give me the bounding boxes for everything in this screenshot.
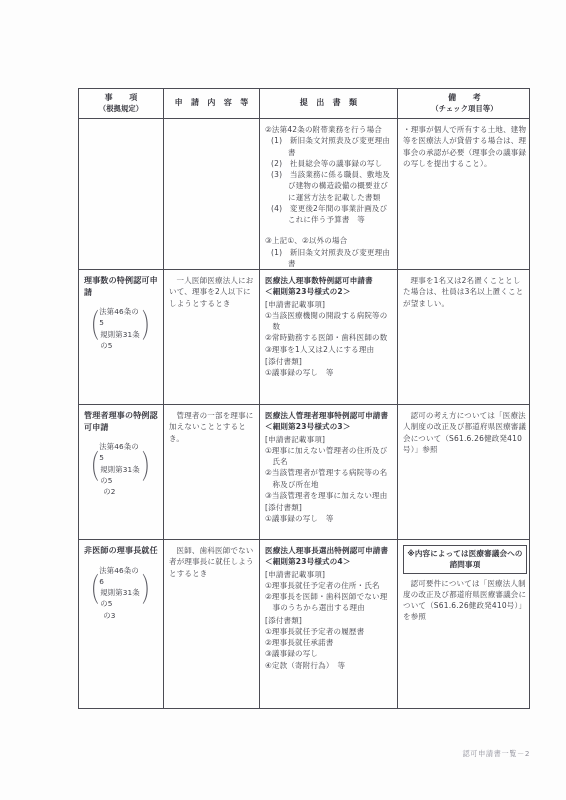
content-text: 一人医師医療法人において、理事を2人以下にしようとするとき bbox=[169, 275, 255, 309]
table-header-row: 事 項 （根拠規定） 申 請 内 容 等 提 出 書 類 備 考 （チェック項目… bbox=[79, 89, 529, 118]
bracket-close: ） bbox=[142, 313, 159, 345]
doc-line: (1) 新旧条文対照表及び変更理由書 bbox=[271, 135, 393, 158]
doc-line: ②当該管理者が管理する病院等の名称及び所在地 bbox=[265, 467, 393, 490]
bracket-close: ） bbox=[142, 577, 159, 609]
doc-line: ②法第42条の附帯業務を行う場合 bbox=[265, 124, 393, 135]
cell-documents: 医療法人理事数特例認可申請書 ＜細則第23号様式の2＞ [申請書記載事項] ①当… bbox=[259, 270, 397, 404]
header-documents: 提 出 書 類 bbox=[259, 89, 397, 118]
content-text: 医師、歯科医師でない者が理事長に就任しようとするとき bbox=[169, 545, 255, 579]
cell-item-empty bbox=[79, 119, 163, 269]
doc-line: ①理事長就任予定者の履歴書 bbox=[265, 626, 393, 637]
doc-line: ①議事録の写し 等 bbox=[265, 367, 393, 378]
cell-content: 管理者の一部を理事に加えないこととするとき。 bbox=[163, 405, 259, 539]
doc-line: (3) 当該業務に係る職員、敷地及び建物の構造設備の概要並びに運営方法を記載した… bbox=[271, 169, 393, 203]
legal-basis: （ 法第46条の5 規則第31条の5 ） bbox=[82, 306, 159, 351]
doc-line: ＜細則第23号様式の3＞ bbox=[265, 421, 393, 432]
cell-remarks: ・理事が個人で所有する土地、建物等を医療法人が貸借する場合は、理事会の承認が必要… bbox=[397, 119, 531, 269]
doc-line: ③理事を1人又は2人にする理由 bbox=[265, 344, 393, 355]
cell-item: 非医師の理事長就任 （ 法第46条の6 規則第31条の5 の3 ） bbox=[79, 540, 163, 708]
bracket-open: （ bbox=[82, 577, 99, 609]
doc-line: ③議事録の写し bbox=[265, 648, 393, 659]
doc-line: [申請書記載事項] bbox=[265, 434, 393, 445]
legal-basis: （ 法第46条の5 規則第31条の5 の2 ） bbox=[82, 441, 159, 497]
cell-content: 医師、歯科医師でない者が理事長に就任しようとするとき bbox=[163, 540, 259, 708]
remark-box: ※内容によっては医療審議会への諮問事項 bbox=[403, 545, 527, 574]
cell-remarks: ※内容によっては医療審議会への諮問事項 認可要件については「医療法人制度の改正及… bbox=[397, 540, 531, 708]
header-documents-label: 提 出 書 類 bbox=[300, 98, 357, 109]
cell-content-empty bbox=[163, 119, 259, 269]
doc-line: [添付書類] bbox=[265, 356, 393, 367]
header-remarks: 備 考 （チェック項目等） bbox=[397, 89, 531, 118]
cell-documents: 医療法人理事長選出特例認可申請書 ＜細則第23号様式の4＞ [申請書記載事項] … bbox=[259, 540, 397, 708]
remark-text: ・理事が個人で所有する土地、建物等を医療法人が貸借する場合は、理事会の承認が必要… bbox=[403, 124, 527, 169]
doc-line: (1) 新旧条文対照表及び変更理由書 bbox=[271, 247, 393, 270]
doc-line: ①議事録の写し 等 bbox=[265, 513, 393, 524]
item-title: 非医師の理事長就任 bbox=[84, 545, 159, 557]
remark-text: 認可の考え方については「医療法人制度の改正及び都道府県医療審議会について（S61… bbox=[403, 410, 527, 455]
cell-remarks: 理事を1名又は2名置くこととした場合は、社員は3名以上置くことが望ましい。 bbox=[397, 270, 531, 404]
header-remarks-sub: （チェック項目等） bbox=[431, 104, 497, 114]
header-item-label: 事 項 bbox=[105, 93, 138, 104]
content-text: 管理者の一部を理事に加えないこととするとき。 bbox=[169, 410, 255, 444]
basis-line: 法第46条の5 bbox=[99, 441, 142, 464]
table-row-nonphysician-chairman: 非医師の理事長就任 （ 法第46条の6 規則第31条の5 の3 ） 医師、歯科医… bbox=[79, 539, 529, 708]
header-item: 事 項 （根拠規定） bbox=[79, 89, 163, 118]
doc-line: ④定款（寄附行為） 等 bbox=[265, 660, 393, 671]
bracket-close: ） bbox=[142, 453, 159, 485]
cell-content: 一人医師医療法人において、理事を2人以下にしようとするとき bbox=[163, 270, 259, 404]
doc-line: ②理事長を医師・歯科医師でない理事のうちから選出する理由 bbox=[265, 591, 393, 614]
doc-line: ③上記①、②以外の場合 bbox=[265, 235, 393, 246]
doc-line: ③当該管理者を理事に加えない理由 bbox=[265, 490, 393, 501]
doc-line: (4) 変更後2年間の事業計画及びこれに伴う予算書 等 bbox=[271, 203, 393, 226]
doc-line: ①理事に加えない管理者の住所及び氏名 bbox=[265, 445, 393, 468]
header-content: 申 請 内 容 等 bbox=[163, 89, 259, 118]
page-footer: 認可申請書一覧－2 bbox=[418, 749, 530, 759]
item-title: 理事数の特例認可申請 bbox=[84, 275, 159, 298]
table-row-director-count-exception: 理事数の特例認可申請 （ 法第46条の5 規則第31条の5 ） 一人医師医療法人… bbox=[79, 269, 529, 404]
cell-remarks: 認可の考え方については「医療法人制度の改正及び都道府県医療審議会について（S61… bbox=[397, 405, 531, 539]
doc-line: ②常時勤務する医師・歯科医師の数 bbox=[265, 332, 393, 343]
legal-basis: （ 法第46条の6 規則第31条の5 の3 ） bbox=[82, 565, 159, 621]
doc-line: [添付書類] bbox=[265, 502, 393, 513]
basis-line: の3 bbox=[99, 610, 142, 621]
doc-line: ＜細則第23号様式の4＞ bbox=[265, 556, 393, 567]
doc-line: [添付書類] bbox=[265, 615, 393, 626]
doc-line: [申請書記載事項] bbox=[265, 569, 393, 580]
basis-line: 法第46条の6 bbox=[99, 565, 142, 588]
doc-line: ②理事長就任承諾書 bbox=[265, 637, 393, 648]
table-row-continuation: ②法第42条の附帯業務を行う場合 (1) 新旧条文対照表及び変更理由書 (2) … bbox=[79, 118, 529, 269]
doc-line: 医療法人理事数特例認可申請書 bbox=[265, 275, 393, 286]
doc-line: 医療法人理事長選出特例認可申請書 bbox=[265, 545, 393, 556]
scanned-document-page: { "page": { "footer": "認可申請書一覧－2" }, "ta… bbox=[0, 0, 566, 800]
cell-item: 管理者理事の特例認可申請 （ 法第46条の5 規則第31条の5 の2 ） bbox=[79, 405, 163, 539]
doc-line: ＜細則第23号様式の2＞ bbox=[265, 286, 393, 297]
doc-line: (2) 社員総会等の議事録の写し bbox=[271, 158, 393, 169]
cell-documents: 医療法人管理者理事特例認可申請書 ＜細則第23号様式の3＞ [申請書記載事項] … bbox=[259, 405, 397, 539]
header-item-sub: （根拠規定） bbox=[99, 104, 143, 114]
basis-line: の2 bbox=[99, 486, 142, 497]
bracket-open: （ bbox=[82, 453, 99, 485]
cell-documents: ②法第42条の附帯業務を行う場合 (1) 新旧条文対照表及び変更理由書 (2) … bbox=[259, 119, 397, 269]
doc-line: ①理事長就任予定者の住所・氏名 bbox=[265, 580, 393, 591]
approval-application-table: 事 項 （根拠規定） 申 請 内 容 等 提 出 書 類 備 考 （チェック項目… bbox=[78, 88, 530, 709]
bracket-open: （ bbox=[82, 313, 99, 345]
doc-line: ①当該医療機関の開設する病院等の数 bbox=[265, 310, 393, 333]
table-row-manager-director-exception: 管理者理事の特例認可申請 （ 法第46条の5 規則第31条の5 の2 ） 管理者… bbox=[79, 404, 529, 539]
item-title: 管理者理事の特例認可申請 bbox=[84, 410, 159, 433]
basis-line: 規則第31条の5 bbox=[99, 587, 142, 610]
doc-line: 医療法人管理者理事特例認可申請書 bbox=[265, 410, 393, 421]
header-content-label: 申 請 内 容 等 bbox=[175, 98, 249, 109]
header-remarks-label: 備 考 bbox=[448, 93, 481, 104]
remark-text: 認可要件については「医療法人制度の改正及び都道府県医療審議会について（S61.6… bbox=[403, 578, 527, 623]
remark-text: 理事を1名又は2名置くこととした場合は、社員は3名以上置くことが望ましい。 bbox=[403, 275, 527, 309]
doc-line: [申請書記載事項] bbox=[265, 299, 393, 310]
basis-line: 法第46条の5 bbox=[99, 306, 142, 329]
basis-line: 規則第31条の5 bbox=[99, 464, 142, 487]
cell-item: 理事数の特例認可申請 （ 法第46条の5 規則第31条の5 ） bbox=[79, 270, 163, 404]
basis-line: 規則第31条の5 bbox=[99, 329, 142, 352]
